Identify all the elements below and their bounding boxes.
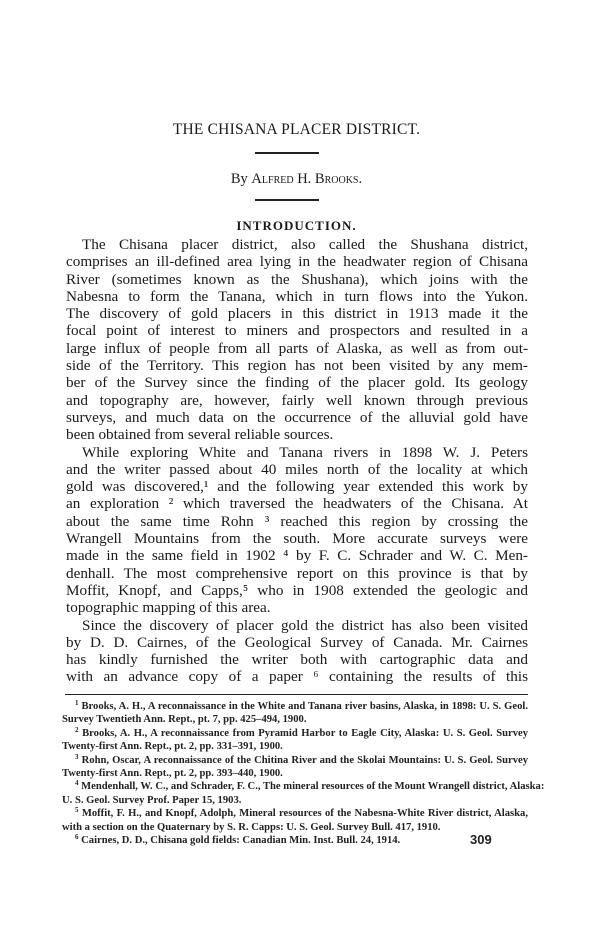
byline-author: Alfred H. Brooks. xyxy=(251,171,362,187)
author-byline: By Alfred H. Brooks. xyxy=(0,171,593,188)
paragraph-2: While exploring White and Tanana rivers … xyxy=(66,444,528,617)
footnote-line: 3 Rohn, Oscar, A reconnaissance of the C… xyxy=(62,754,528,767)
text-line: The discovery of gold placers in this di… xyxy=(66,305,528,322)
footnote-marker: 3 xyxy=(75,753,79,761)
text-line: River (sometimes known as the Shushana),… xyxy=(66,271,528,288)
footnote-divider xyxy=(65,694,528,695)
text-line: and the writer passed about 40 miles nor… xyxy=(66,461,528,478)
footnote-6: 6 Cairnes, D. D., Chisana gold fields: C… xyxy=(62,834,528,847)
text-line: focal point of interest to miners and pr… xyxy=(66,322,528,339)
footnote-line: 1 Brooks, A. H., A reconnaissance in the… xyxy=(62,700,528,713)
text-line: Since the discovery of placer gold the d… xyxy=(66,617,528,634)
text-line: ber of the Survey since the finding of t… xyxy=(66,374,528,391)
footnote-marker: 1 xyxy=(75,699,79,707)
text-line: by D. D. Cairnes, of the Geological Surv… xyxy=(66,634,528,651)
footnote-marker: 5 xyxy=(75,806,79,814)
text-line: made in the same field in 1902 ⁴ by F. C… xyxy=(66,547,528,564)
byline-prefix: By xyxy=(231,171,248,187)
text-line: been obtained from several reliable sour… xyxy=(66,426,528,443)
text-line: Nabesna to form the Tanana, which in tur… xyxy=(66,288,528,305)
footnote-line: with a section on the Quaternary by S. R… xyxy=(62,821,528,834)
body-text: The Chisana placer district, also called… xyxy=(66,236,528,686)
text-line: comprises an ill-defined area lying in t… xyxy=(66,253,528,270)
text-line: with an advance copy of a paper ⁶ contai… xyxy=(66,668,528,685)
paragraph-1: The Chisana placer district, also called… xyxy=(66,236,528,444)
footnote-text: Cairnes, D. D., Chisana gold fields: Can… xyxy=(81,835,400,846)
paragraph-3: Since the discovery of placer gold the d… xyxy=(66,617,528,686)
text-line: Moffit, Knopf, and Capps,⁵ who in 1908 e… xyxy=(66,582,528,599)
text-line: Wrangell Mountains from the south. More … xyxy=(66,530,528,547)
text-line: denhall. The most comprehensive report o… xyxy=(66,565,528,582)
footnote-marker: 2 xyxy=(75,726,79,734)
footnote-text: Brooks, A. H., A reconnaissance in the W… xyxy=(81,701,528,712)
text-line: surveys, and much data on the occurrence… xyxy=(66,409,528,426)
text-line: The Chisana placer district, also called… xyxy=(66,236,528,253)
text-line: and topography are, however, fairly well… xyxy=(66,392,528,409)
footnote-2: 2 Brooks, A. H., A reconnaissance from P… xyxy=(62,727,528,754)
footnote-text: Rohn, Oscar, A reconnaissance of the Chi… xyxy=(82,755,528,766)
footnote-text: Brooks, A. H., A reconnaissance from Pyr… xyxy=(82,728,528,739)
footnote-text: Mendenhall, W. C., and Schrader, F. C., … xyxy=(81,781,544,792)
footnote-marker: 4 xyxy=(75,779,79,787)
text-line: about the same time Rohn ³ reached this … xyxy=(66,513,528,530)
byline-divider xyxy=(255,199,319,201)
text-line: While exploring White and Tanana rivers … xyxy=(66,444,528,461)
footnote-line: 6 Cairnes, D. D., Chisana gold fields: C… xyxy=(62,834,528,847)
text-line: large influx of people from all parts of… xyxy=(66,340,528,357)
text-line: topographic mapping of this area. xyxy=(66,599,528,616)
footnote-line: U. S. Geol. Survey Prof. Paper 15, 1903. xyxy=(62,794,528,807)
footnote-line: 2 Brooks, A. H., A reconnaissance from P… xyxy=(62,727,528,740)
footnote-3: 3 Rohn, Oscar, A reconnaissance of the C… xyxy=(62,754,528,781)
text-line: gold was discovered,¹ and the following … xyxy=(66,478,528,495)
text-line: an exploration ² which traversed the hea… xyxy=(66,495,528,512)
footnote-1: 1 Brooks, A. H., A reconnaissance in the… xyxy=(62,700,528,727)
footnote-line: Twenty-first Ann. Rept., pt. 2, pp. 393–… xyxy=(62,767,528,780)
document-page: THE CHISANA PLACER DISTRICT. By Alfred H… xyxy=(0,0,593,934)
footnote-marker: 6 xyxy=(75,833,79,841)
text-line: has kindly furnished the writer both wit… xyxy=(66,651,528,668)
text-line: side of the Territory. This region has n… xyxy=(66,357,528,374)
footnote-line: Twenty-first Ann. Rept., pt. 2, pp. 331–… xyxy=(62,740,528,753)
footnote-4: 4 Mendenhall, W. C., and Schrader, F. C.… xyxy=(62,780,528,807)
footnote-line: Survey Twentieth Ann. Rept., pt. 7, pp. … xyxy=(62,713,528,726)
page-number: 309 xyxy=(470,832,492,847)
footnotes: 1 Brooks, A. H., A reconnaissance in the… xyxy=(62,700,528,847)
footnote-line: 4 Mendenhall, W. C., and Schrader, F. C.… xyxy=(62,780,528,793)
title-divider xyxy=(255,152,319,154)
article-title: THE CHISANA PLACER DISTRICT. xyxy=(0,121,593,139)
section-heading: INTRODUCTION. xyxy=(0,218,593,234)
footnote-line: 5 Moffit, F. H., and Knopf, Adolph, Mine… xyxy=(62,807,528,820)
footnote-text: Moffit, F. H., and Knopf, Adolph, Minera… xyxy=(82,808,528,819)
footnote-5: 5 Moffit, F. H., and Knopf, Adolph, Mine… xyxy=(62,807,528,834)
